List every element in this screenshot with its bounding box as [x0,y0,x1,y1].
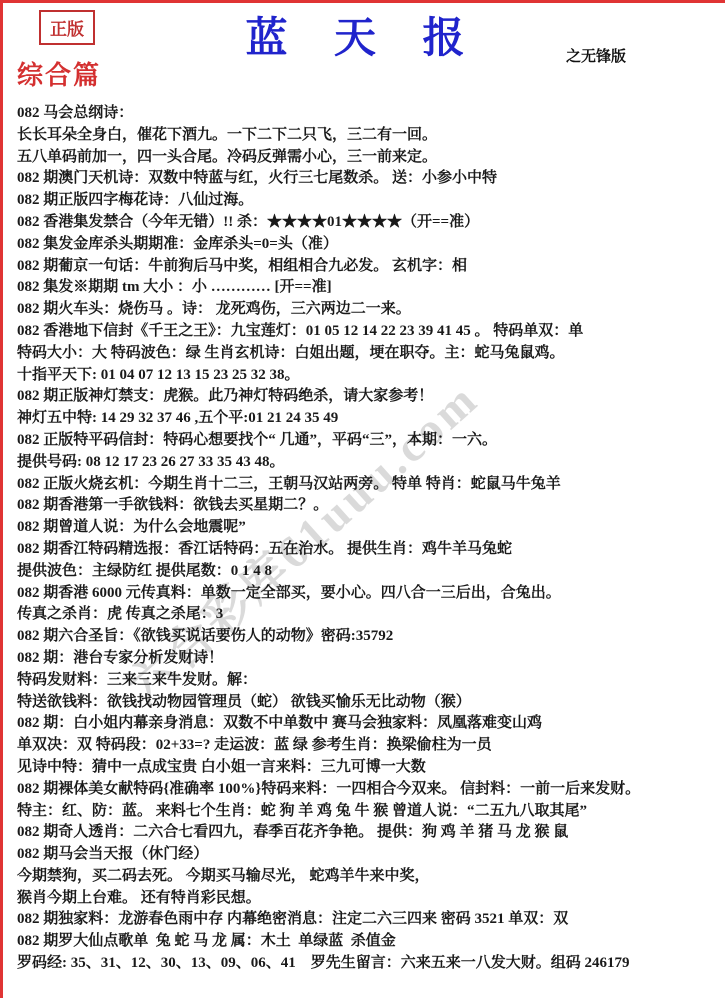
edition-label: 之无锋版 [566,45,626,66]
text-line: 082 期：白小姐内幕亲身消息：双数不中单数中 赛马会独家料：凤凰落难变山鸡 [17,713,719,735]
text-line: 猴肖今期上台难。 还有特肖彩民想。 [17,888,719,910]
text-line: 082 集发※期期 tm 大小 ：小 ………… [开==准] [17,277,719,299]
text-line: 长长耳朵全身白，催花下酒九。一下二下二只飞，三二有一回。 [17,125,719,147]
text-line: 082 期：港台专家分析发财诗！ [17,648,719,670]
text-line: 082 期独家料：龙游春色雨中存 内幕绝密消息：注定二六三四来 密码 3521 … [17,909,719,931]
text-line: 传真之杀肖：虎 传真之杀尾：3 [17,604,719,626]
text-line: 082 集发金库杀头期期准：金库杀头=0=头（准） [17,234,719,256]
text-line: 单双决：双 特码段：02+33=? 走运波：蓝 绿 参考生肖：换梁偷柱为一员 [17,735,719,757]
text-line: 罗码经: 35、31、12、30、13、09、06、41 罗先生留言：六来五来一… [17,953,719,975]
section-heading: 综合篇 [17,55,101,92]
body-text: 082 马会总纲诗：长长耳朵全身白，催花下酒九。一下二下二只飞，三二有一回。五八… [17,103,719,975]
text-line: 082 香港集发禁合（今年无错）!! 杀：★★★★01★★★★（开==准） [17,212,719,234]
text-line: 特送欲钱料：欲钱找动物园管理员（蛇） 欲钱买愉乐无比动物（猴） [17,692,719,714]
text-line: 特主：红、防：蓝。 来料七个生肖：蛇 狗 羊 鸡 兔 牛 猴 曾道人说：“二五九… [17,801,719,823]
text-line: 提供波色：主绿防红 提供尾数：0 1 4 8 [17,561,719,583]
text-line: 082 期马会当天报（休门经） [17,844,719,866]
text-line: 082 期葡京一句话：牛前狗后马中奖，相组相合九必发。 玄机字：相 [17,256,719,278]
text-line: 082 期罗大仙点歌单 兔 蛇 马 龙 属：木土 单绿蓝 杀值金 [17,931,719,953]
text-line: 082 期奇人透肖：二六合七看四九，春季百花齐争艳。 提供：狗 鸡 羊 猪 马 … [17,822,719,844]
text-line: 十指平天下: 01 04 07 12 13 15 23 25 32 38。 [17,365,719,387]
text-line: 特码发财料：三来三来牛发财。解： [17,670,719,692]
text-line: 082 期香江特码精选报：香江话特码：五在治水。 提供生肖：鸡牛羊马兔蛇 [17,539,719,561]
text-line: 082 期香港第一手欲钱料：欲钱去买星期二？。 [17,495,719,517]
text-line: 082 正版特平码信封：特码心想要找个“ 几通”，平码“三”，本期：一六。 [17,430,719,452]
text-line: 今期禁狗，买二码去死。 今期买马输尽光， 蛇鸡羊牛来中奖， [17,866,719,888]
text-line: 082 香港地下信封《千王之王》：九宝莲灯：01 05 12 14 22 23 … [17,321,719,343]
text-line: 082 期裸体美女献特码{准确率 100%}特码来料：一四相合今双来。 信封料：… [17,779,719,801]
text-line: 见诗中特：猜中一点成宝贵 白小姐一言来料：三九可博一大数 [17,757,719,779]
text-line: 五八单码前加一，四一头合尾。冷码反弹需小心，三一前来定。 [17,147,719,169]
text-line: 提供号码: 08 12 17 23 26 27 33 35 43 48。 [17,452,719,474]
text-line: 082 期火车头：烧伤马 。诗： 龙死鸡伤，三六两边二一来。 [17,299,719,321]
text-line: 特码大小：大 特码波色：绿 生肖玄机诗：白姐出题，埂在职夺。主：蛇马兔鼠鸡。 [17,343,719,365]
text-line: 082 期正版四字梅花诗：八仙过海。 [17,190,719,212]
text-line: 082 期香港 6000 元传真料：单数一定全部买，要小心。四八合一三后出，合兔… [17,583,719,605]
text-line: 082 马会总纲诗： [17,103,719,125]
text-line: 神灯五中特: 14 29 32 37 46 ,五个平:01 21 24 35 4… [17,408,719,430]
text-line: 082 期澳门天机诗：双数中特蓝与红，火行三七尾数杀。 送：小参小中特 [17,168,719,190]
text-line: 082 期六合圣旨：《欲钱买说话要伤人的动物》密码:35792 [17,626,719,648]
text-line: 082 正版火烧玄机：今期生肖十二三，王朝马汉站两旁。 特单 特肖：蛇鼠马牛兔羊 [17,474,719,496]
text-line: 082 期曾道人说：为什么会地震呢” [17,517,719,539]
text-line: 082 期正版神灯禁支：虎猴。此乃神灯特码绝杀，请大家参考！ [17,386,719,408]
newspaper-page: 正版 蓝 天 报 之无锋版 综合篇 六合彩库61uuu.com 082 马会总纲… [0,0,725,998]
